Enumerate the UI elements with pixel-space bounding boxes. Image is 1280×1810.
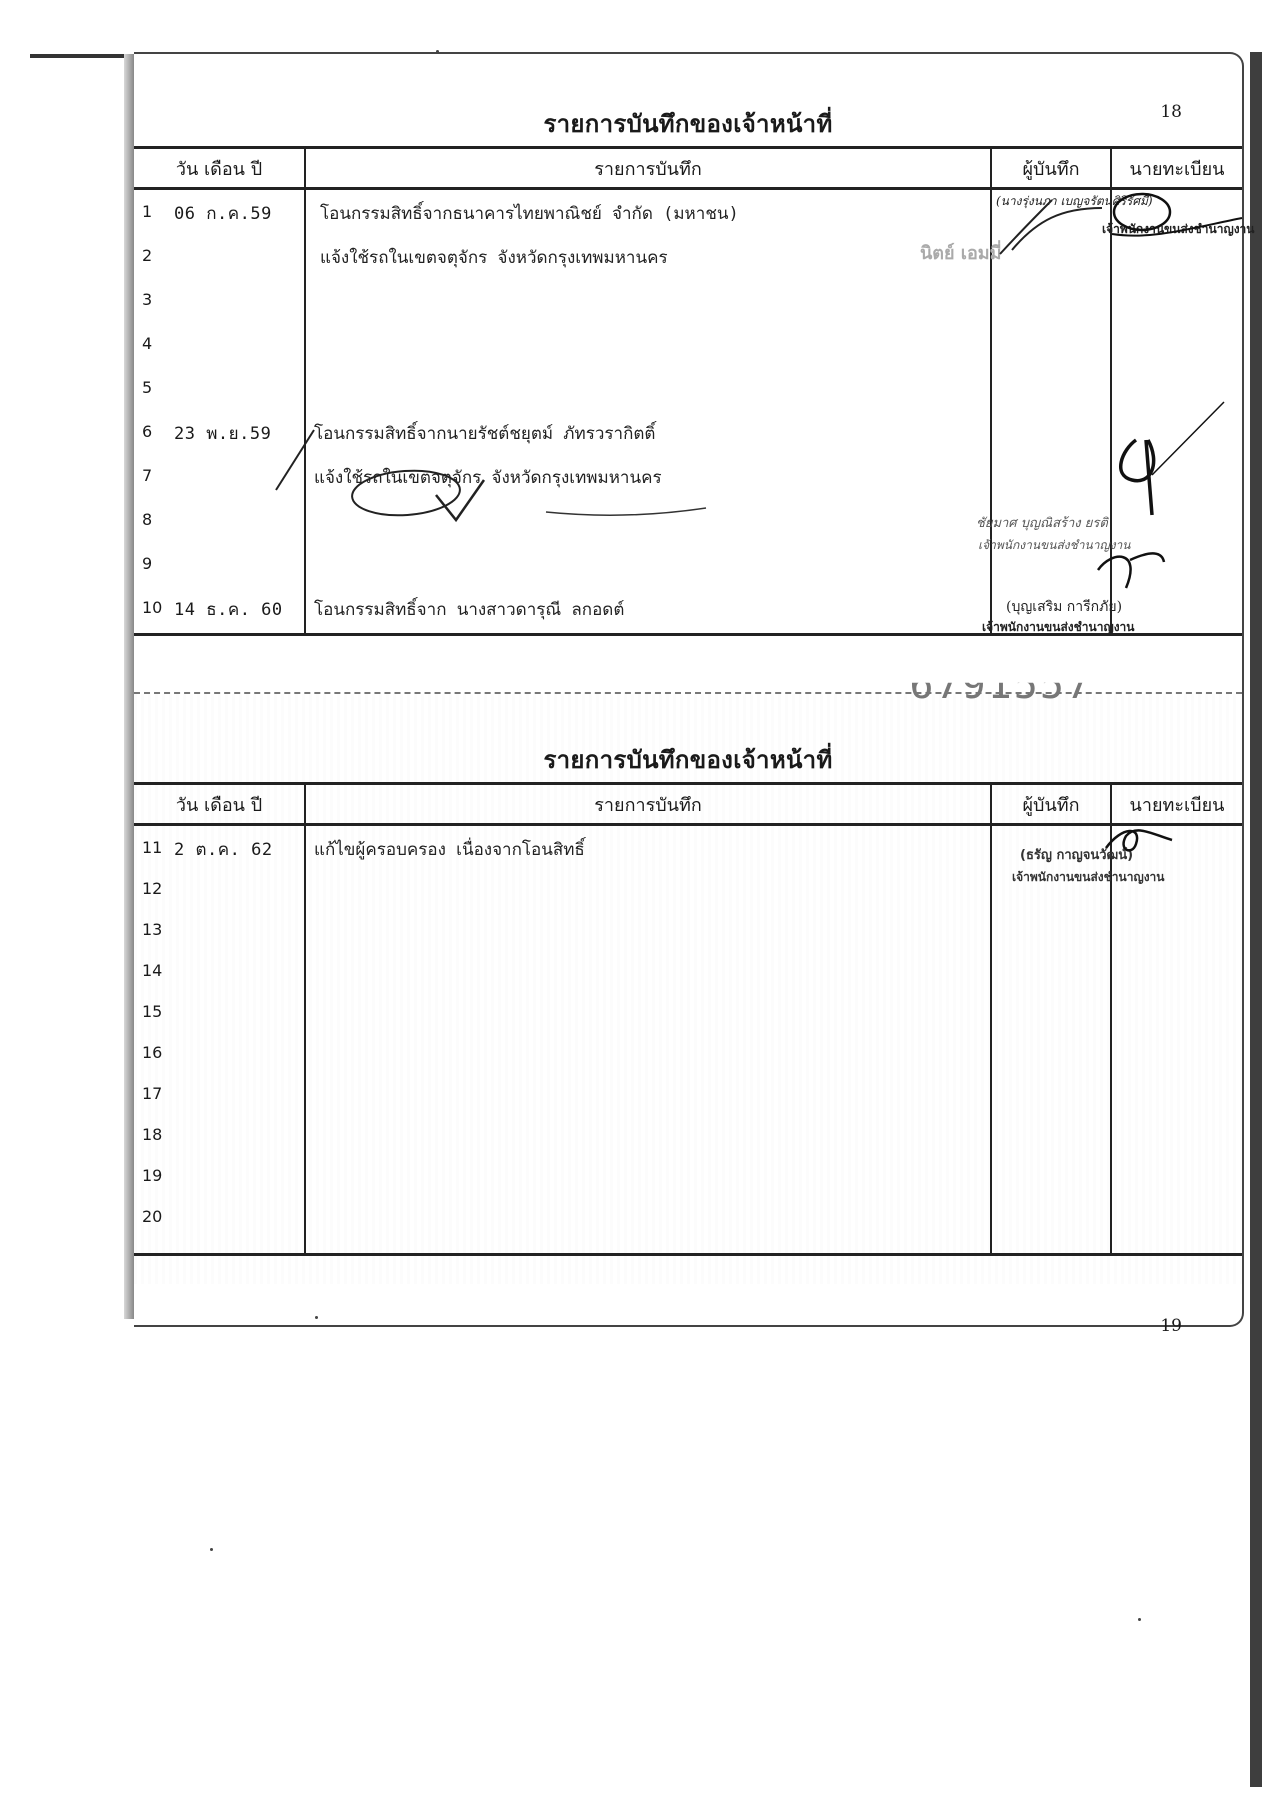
row-number: 16 bbox=[142, 1043, 162, 1062]
table-row bbox=[306, 1113, 990, 1154]
scan-edge-right bbox=[1250, 52, 1262, 1787]
table-row: 18 bbox=[134, 1113, 304, 1154]
row-number: 7 bbox=[142, 466, 152, 485]
row-entry: โอนกรรมสิทธิ์จากนายรัชต์ชยุตม์ ภัทรวรากิ… bbox=[314, 420, 655, 447]
scan-speck bbox=[315, 1316, 318, 1319]
table-row: 112 ต.ค. 62 bbox=[134, 826, 304, 867]
table-row: 20 bbox=[134, 1195, 304, 1236]
table-row bbox=[306, 322, 990, 366]
entry-column: โอนกรรมสิทธิ์จากธนาคารไทยพาณิชย์ จำกัด (… bbox=[305, 189, 991, 635]
column-header-entry: รายการบันทึก bbox=[305, 784, 991, 825]
row-number: 8 bbox=[142, 510, 152, 529]
date-column: 106 ก.ค.592345623 พ.ย.597891014 ธ.ค. 60 bbox=[134, 189, 305, 635]
date-column: 112 ต.ค. 62121314151617181920 bbox=[134, 825, 305, 1255]
registrar-position-3: เจ้าพนักงานขนส่งชำนาญงาน bbox=[982, 618, 1135, 637]
registrar-position-1: เจ้าพนักงานขนส่งชำนาญงาน bbox=[1102, 220, 1255, 239]
table-row: 13 bbox=[134, 908, 304, 949]
registrar-signature-icon bbox=[1112, 826, 1243, 1256]
row-number: 4 bbox=[142, 334, 152, 353]
table-row bbox=[306, 1195, 990, 1236]
table-row: 1014 ธ.ค. 60 bbox=[134, 586, 304, 630]
table-row: 19 bbox=[134, 1154, 304, 1195]
registrar-column: เจ้าพนักงานขนส่งชำนาญงาน bbox=[1111, 825, 1242, 1255]
row-number: 12 bbox=[142, 879, 162, 898]
column-header-date: วัน เดือน ปี bbox=[134, 784, 305, 825]
table-row bbox=[306, 867, 990, 908]
table-row: โอนกรรมสิทธิ์จากนายรัชต์ชยุตม์ ภัทรวรากิ… bbox=[306, 410, 990, 454]
row-entry: แจ้งใช้รถในเขตจตุจักร จังหวัดกรุงเทพมหาน… bbox=[320, 244, 668, 271]
table-row: 7 bbox=[134, 454, 304, 498]
row-entry: โอนกรรมสิทธิ์จาก นางสาวดารุณี ลกอดต์ bbox=[314, 596, 624, 623]
table-row bbox=[306, 949, 990, 990]
table-row: 8 bbox=[134, 498, 304, 542]
row-date: 06 ก.ค.59 bbox=[174, 200, 272, 227]
row-entry: แก้ไขผู้ครอบครอง เนื่องจากโอนสิทธิ์ bbox=[314, 836, 585, 863]
scan-edge-top bbox=[30, 54, 138, 58]
table-row bbox=[306, 1154, 990, 1195]
officer-record-table: วัน เดือน ปี รายการบันทึก ผู้บันทึก นายท… bbox=[134, 146, 1242, 636]
faded-stamp: นิตย์ เอมมี่ bbox=[920, 238, 1002, 267]
table-row: แจ้งใช้รถในเขตจตุจักร จังหวัดกรุงเทพมหาน… bbox=[306, 454, 990, 498]
table-row: 12 bbox=[134, 867, 304, 908]
table-row: แก้ไขผู้ครอบครอง เนื่องจากโอนสิทธิ์ bbox=[306, 826, 990, 867]
table-row: 2 bbox=[134, 234, 304, 278]
officer-record-page-18: รายการบันทึกของเจ้าหน้าที่ 18 วัน เดือน … bbox=[134, 54, 1242, 640]
row-number: 9 bbox=[142, 554, 152, 573]
recorder-position-2: เจ้าพนักงานขนส่งชำนาญงาน bbox=[978, 536, 1131, 555]
table-row bbox=[306, 1072, 990, 1113]
table-row: 15 bbox=[134, 990, 304, 1031]
row-entry: โอนกรรมสิทธิ์จากธนาคารไทยพาณิชย์ จำกัด (… bbox=[320, 200, 739, 227]
table-row: 14 bbox=[134, 949, 304, 990]
row-number: 6 bbox=[142, 422, 152, 441]
row-date: 23 พ.ย.59 bbox=[174, 420, 271, 447]
scan-speck bbox=[1138, 1618, 1141, 1621]
row-date: 2 ต.ค. 62 bbox=[174, 836, 273, 863]
registrar-position-1: เจ้าพนักงานขนส่งชำนาญงาน bbox=[1012, 868, 1165, 887]
recorder-column: (ธรัญ กาญจนวัฒน์) bbox=[991, 825, 1111, 1255]
officer-record-table: วัน เดือน ปี รายการบันทึก ผู้บันทึก นายท… bbox=[134, 782, 1242, 1256]
table-row: โอนกรรมสิทธิ์จาก นางสาวดารุณี ลกอดต์ bbox=[306, 586, 990, 630]
table-row bbox=[306, 1031, 990, 1072]
table-row bbox=[306, 278, 990, 322]
column-header-recorder: ผู้บันทึก bbox=[991, 784, 1111, 825]
row-number: 3 bbox=[142, 290, 152, 309]
recorder-signature-2: ชัยมาศ บุญณิสร้าง ยรติ bbox=[976, 512, 1108, 533]
table-row: 17 bbox=[134, 1072, 304, 1113]
entry-column: แก้ไขผู้ครอบครอง เนื่องจากโอนสิทธิ์ bbox=[305, 825, 991, 1255]
row-number: 2 bbox=[142, 246, 152, 265]
table-row: 4 bbox=[134, 322, 304, 366]
page-number: 19 bbox=[1160, 1316, 1182, 1336]
row-number: 5 bbox=[142, 378, 152, 397]
row-entry: แจ้งใช้รถในเขตจตุจักร จังหวัดกรุงเทพมหาน… bbox=[314, 464, 662, 491]
table-row: 106 ก.ค.59 bbox=[134, 190, 304, 234]
table-row: 5 bbox=[134, 366, 304, 410]
row-number: 13 bbox=[142, 920, 162, 939]
table-row bbox=[306, 366, 990, 410]
table-row bbox=[306, 542, 990, 586]
officer-record-page-19: 6791557 รายการบันทึกของเจ้าหน้าที่ 19 วั… bbox=[134, 694, 1242, 1284]
table-row bbox=[306, 908, 990, 949]
row-number: 10 bbox=[142, 598, 162, 617]
table-row: โอนกรรมสิทธิ์จากธนาคารไทยพาณิชย์ จำกัด (… bbox=[306, 190, 990, 234]
row-date: 14 ธ.ค. 60 bbox=[174, 596, 283, 623]
row-number: 18 bbox=[142, 1125, 162, 1144]
table-row bbox=[306, 990, 990, 1031]
column-header-registrar: นายทะเบียน bbox=[1111, 784, 1242, 825]
page-title: รายการบันทึกของเจ้าหน้าที่ bbox=[134, 740, 1242, 779]
column-header-date: วัน เดือน ปี bbox=[134, 148, 305, 189]
serial-stamp: 6791557 bbox=[909, 662, 1092, 708]
table-row: 16 bbox=[134, 1031, 304, 1072]
table-row: 623 พ.ย.59 bbox=[134, 410, 304, 454]
column-header-registrar: นายทะเบียน bbox=[1111, 148, 1242, 189]
registrar-column: เจ้าพนักงานขนส่งชำนาญงาน เจ้าพนักงานขนส่… bbox=[1111, 189, 1242, 635]
table-row: แจ้งใช้รถในเขตจตุจักร จังหวัดกรุงเทพมหาน… bbox=[306, 234, 990, 278]
registration-booklet: รายการบันทึกของเจ้าหน้าที่ 18 วัน เดือน … bbox=[134, 52, 1244, 1327]
page-title: รายการบันทึกของเจ้าหน้าที่ bbox=[134, 104, 1242, 143]
row-number: 15 bbox=[142, 1002, 162, 1021]
registrar-signature-icon bbox=[1112, 190, 1243, 636]
recorder-signature-3: (บุญเสริม การีกภัย) bbox=[1006, 596, 1122, 618]
scan-speck bbox=[436, 50, 439, 53]
recorder-column: (นางรุ่งนภา เบญจรัตนศิริรัศมี) นิตย์ เอม… bbox=[991, 189, 1111, 635]
row-number: 14 bbox=[142, 961, 162, 980]
row-number: 20 bbox=[142, 1207, 162, 1226]
table-row bbox=[306, 498, 990, 542]
row-number: 19 bbox=[142, 1166, 162, 1185]
row-number: 1 bbox=[142, 202, 152, 221]
scan-speck bbox=[210, 1548, 213, 1551]
row-number: 11 bbox=[142, 838, 162, 857]
column-header-entry: รายการบันทึก bbox=[305, 148, 991, 189]
table-row: 9 bbox=[134, 542, 304, 586]
table-row: 3 bbox=[134, 278, 304, 322]
column-header-recorder: ผู้บันทึก bbox=[991, 148, 1111, 189]
row-number: 17 bbox=[142, 1084, 162, 1103]
page-number: 18 bbox=[1160, 102, 1182, 122]
